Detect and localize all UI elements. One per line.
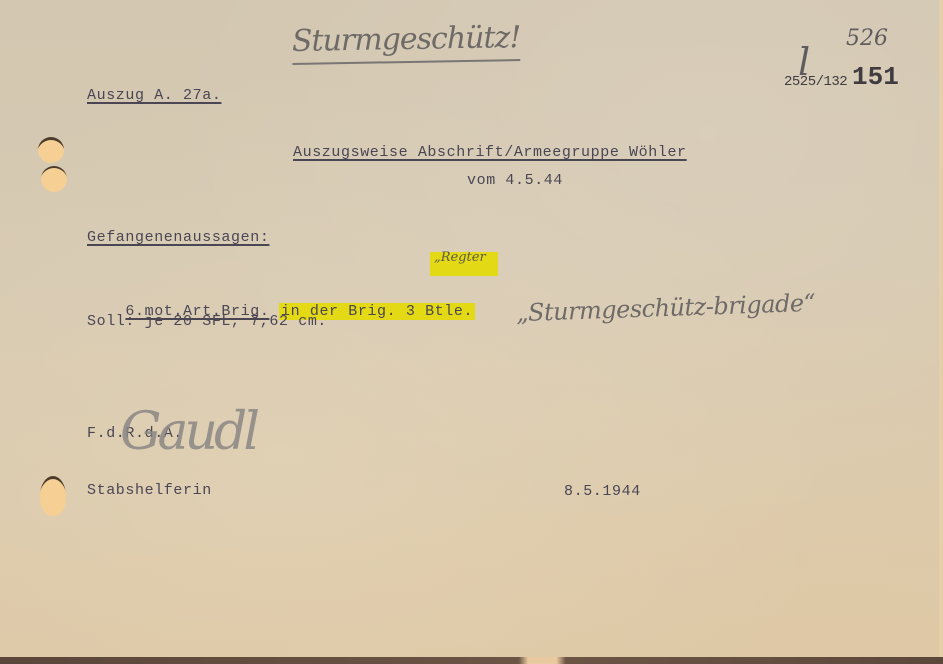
archive-stamp-number: 151 (852, 62, 899, 92)
document-subheading: vom 4.5.44 (467, 172, 563, 190)
document-heading: Auszugsweise Abschrift/Armeegruppe Wöhle… (293, 144, 687, 162)
punch-hole-bottom (40, 476, 66, 516)
handwritten-signature: Gaudl (120, 402, 256, 462)
margin-note: „Sturmgeschütz-brigade“ (516, 289, 816, 327)
handwritten-title: Sturmgeschütz! (292, 20, 521, 65)
punch-hole-top (38, 137, 64, 163)
archive-handwritten-number: 526 (846, 26, 888, 51)
signature-date: 8.5.1944 (564, 483, 641, 501)
section-label: Gefangenenaussagen: (87, 229, 269, 247)
body-line-2: Soll: je 20 SFL, 7,62 cm. (87, 313, 327, 331)
document-reference: Auszug A. 27a. (87, 87, 221, 105)
paper-right-edge (939, 0, 943, 657)
signature-line-2: Stabshelferin (87, 482, 212, 500)
punch-hole-middle (41, 166, 67, 192)
paper-bottom-edge (0, 657, 943, 664)
archive-stamp-prefix: 2525/132 (784, 74, 847, 90)
handwritten-insert-note: „Regter (434, 250, 486, 265)
document-page: Sturmgeschütz! 526 l 2525/132 151 Auszug… (0, 0, 943, 664)
